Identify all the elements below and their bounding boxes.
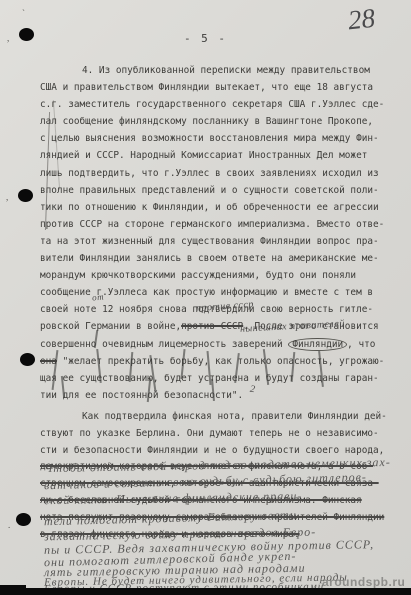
typed-line: с.г. заместитель государственного секрет…: [40, 96, 398, 113]
typed-text: ровской Германии в войне,: [40, 321, 181, 332]
typed-paragraph-1: 4. Из опубликованной переписки между пра…: [40, 62, 398, 404]
hole-punch: [18, 189, 33, 202]
hole-punch: [20, 353, 35, 366]
typed-line: лишь подтвердить, что г.Уэллес в своих з…: [40, 165, 398, 182]
pencil-tick: `: [22, 8, 25, 18]
typed-line: морандум крючкотворскими рассуждениями, …: [40, 267, 398, 284]
pencil-tick: ,: [6, 192, 8, 202]
typed-line: та на этот жизненный для существования Ф…: [40, 233, 398, 250]
page-number-label: - 5 -: [0, 32, 411, 45]
typed-line: тики по отношению к Финляндии, и об обре…: [40, 199, 398, 216]
typed-line: щая ее существованию, будет устранена и …: [40, 370, 398, 387]
typed-line: она "желает прекратить борьбу, как тольк…: [40, 353, 398, 370]
typed-line: Как подтвердила финская нота, правители …: [40, 409, 398, 426]
scanned-document-page: ` , , . 28 - 5 - 4. Из опубликованной пе…: [0, 0, 411, 595]
typed-line: США и правительством Финляндии вытекает,…: [40, 79, 398, 96]
typed-line: против СССР на стороне германского импер…: [40, 216, 398, 233]
typed-text: "желает прекратить борьбу, как только оп…: [57, 356, 384, 367]
typed-line: вители Финляндии занялись в своем ответе…: [40, 250, 398, 267]
pencil-tick: .: [8, 520, 10, 530]
hole-punch: [16, 513, 31, 526]
typed-text: , что: [347, 339, 375, 350]
scan-edge: [0, 588, 411, 595]
typed-line: ляндией и СССР. Народный Комиссариат Ино…: [40, 147, 398, 164]
typed-line: 4. Из опубликованной переписки между пра…: [40, 62, 398, 79]
circled-text: Финляндии: [288, 338, 347, 351]
typed-line: вполне правильных представлений и о сущн…: [40, 182, 398, 199]
typed-text: совершенно очевидным лицемерность завере…: [40, 339, 288, 350]
typed-line: ствуют по указке Берлина. Они думают теп…: [40, 426, 398, 443]
typed-line: тии для ее постоянной безопасности".: [40, 387, 398, 404]
site-watermark: aroundspb.ru: [322, 575, 405, 589]
struck-text: против СССР: [181, 321, 243, 332]
handwritten-insertion-ot: от: [92, 291, 105, 302]
typed-line: с целью выяснения возможности восстановл…: [40, 130, 398, 147]
typed-line: лал сообщение финляндскому посланнику в …: [40, 113, 398, 130]
